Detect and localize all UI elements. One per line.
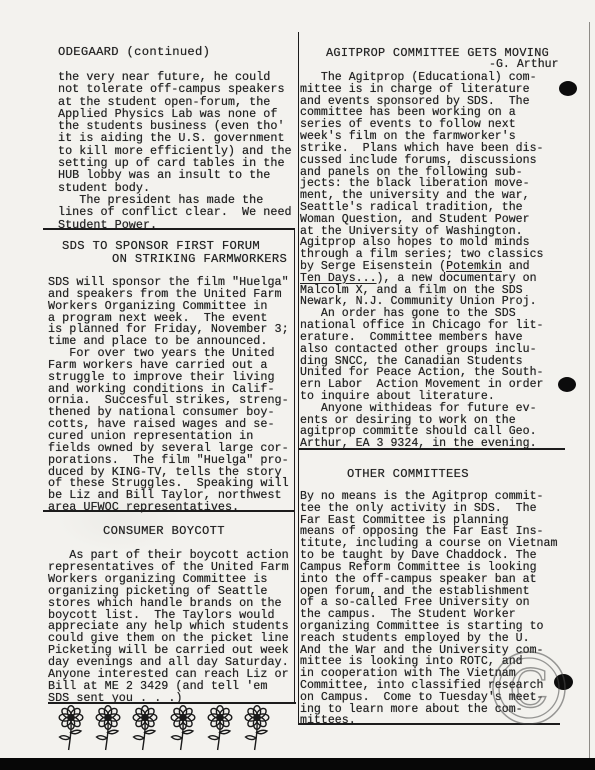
- farmworkers-article-body: SDS will sponsor the film "Huelga" and s…: [48, 277, 289, 514]
- agitprop-body-text: The Agitprop (Educational) com- mittee i…: [300, 71, 544, 273]
- flower-row: [55, 705, 273, 753]
- section-divider-rule: [48, 702, 296, 704]
- stamp-letter: C: [509, 660, 549, 720]
- daisy-flower-icon: [55, 705, 87, 753]
- farmworkers-article-title-line1: SDS TO SPONSOR FIRST FORUM: [62, 240, 260, 253]
- daisy-flower-icon: [129, 705, 161, 753]
- agitprop-article-body: The Agitprop (Educational) com- mittee i…: [300, 72, 544, 450]
- other-committees-title: OTHER COMMITTEES: [347, 468, 469, 481]
- scanned-newsletter-page: { "left": { "odegaard": { "title": "ODEG…: [0, 0, 595, 770]
- boycott-article-body: As part of their boycott action represen…: [48, 550, 289, 705]
- punch-hole-dot: [559, 81, 577, 96]
- agitprop-article-byline: -G. Arthur: [489, 59, 559, 71]
- farmworkers-article-title-line2: ON STRIKING FARMWORKERS: [112, 253, 287, 266]
- punch-hole-dot: [558, 377, 576, 392]
- boycott-article-title: CONSUMER BOYCOTT: [103, 525, 225, 538]
- paper-edge-line: [589, 22, 590, 758]
- agitprop-body-text: ), a new documentary on Malcolm X, and a…: [300, 272, 544, 450]
- daisy-flower-icon: [92, 705, 124, 753]
- daisy-flower-icon: [204, 705, 236, 753]
- section-divider-rule: [298, 448, 565, 450]
- odegaard-article-body: the very near future, he could not toler…: [58, 71, 292, 231]
- section-divider-rule: [43, 228, 295, 230]
- scan-edge-bar: [0, 758, 595, 770]
- daisy-flower-icon: [167, 705, 199, 753]
- c-stamp-seal-icon: C: [491, 650, 567, 726]
- daisy-flower-icon: [241, 705, 273, 753]
- odegaard-article-title: ODEGAARD (continued): [58, 46, 210, 59]
- left-column-right-border: [294, 228, 295, 703]
- section-divider-rule: [43, 510, 295, 512]
- column-divider: [298, 32, 300, 724]
